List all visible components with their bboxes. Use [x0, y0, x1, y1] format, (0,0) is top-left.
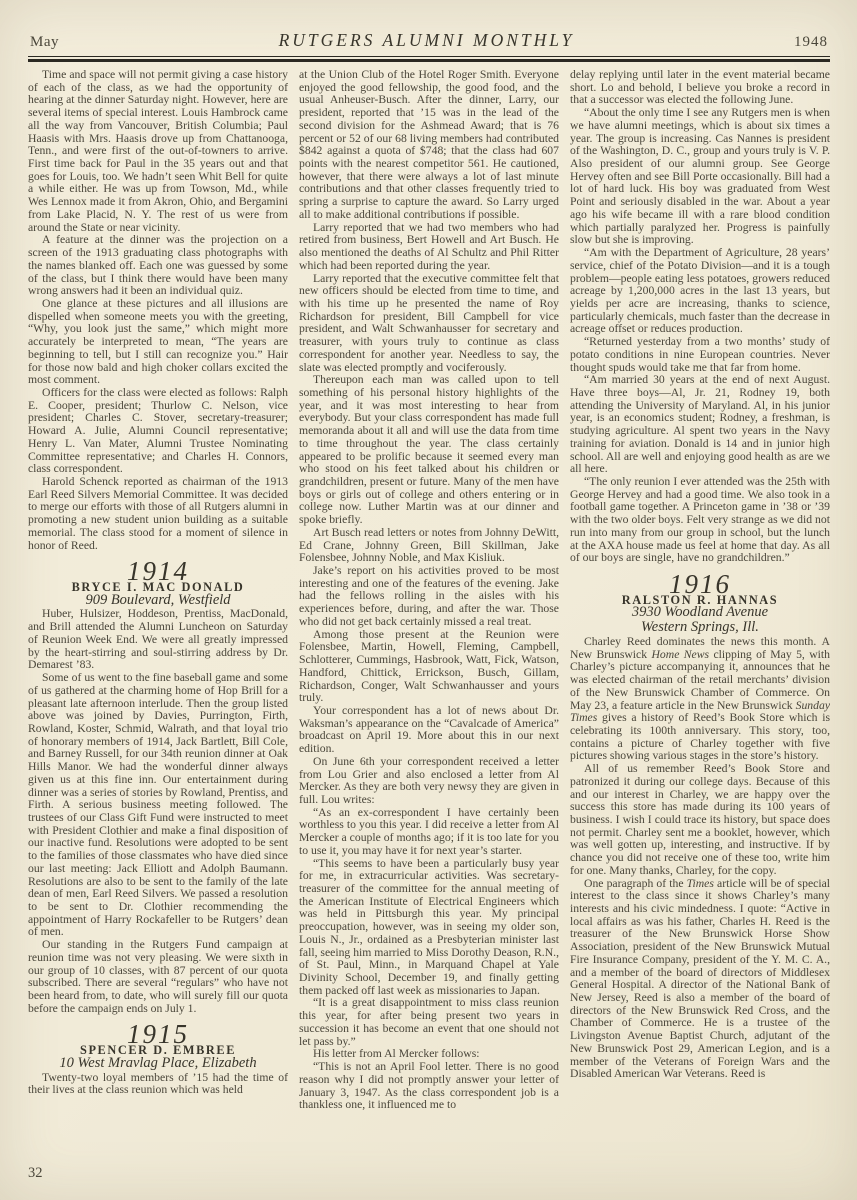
paragraph: “Returned yesterday from a two months’ s…: [570, 336, 830, 374]
page-number: 32: [28, 1165, 43, 1181]
paragraph: One paragraph of the Times article will …: [570, 878, 830, 1082]
page-header: May RUTGERS ALUMNI MONTHLY 1948: [28, 30, 830, 51]
page-title: RUTGERS ALUMNI MONTHLY: [279, 30, 575, 51]
paragraph: Harold Schenck reported as chairman of t…: [28, 476, 288, 552]
paragraph: Some of us went to the fine baseball gam…: [28, 672, 288, 939]
header-year: 1948: [794, 34, 828, 51]
column-left: Time and space will not permit giving a …: [28, 69, 288, 1161]
paragraph: Larry reported that the executive commit…: [299, 273, 559, 375]
paragraph: Charley Reed dominates the news this mon…: [570, 636, 830, 763]
paragraph: at the Union Club of the Hotel Roger Smi…: [299, 69, 559, 222]
paragraph: “Am married 30 years at the end of next …: [570, 374, 830, 476]
paragraph: On June 6th your correspondent received …: [299, 756, 559, 807]
year-heading: 1914: [28, 565, 288, 578]
header-rule: [28, 56, 830, 62]
year-heading: 1915: [28, 1028, 288, 1041]
paragraph: Officers for the class were elected as f…: [28, 387, 288, 476]
paragraph: Art Busch read letters or notes from Joh…: [299, 527, 559, 565]
paragraph: “Am with the Department of Agriculture, …: [570, 247, 830, 336]
paragraph: Larry reported that we had two members w…: [299, 222, 559, 273]
paragraph: “About the only time I see any Rutgers m…: [570, 107, 830, 247]
header-month: May: [30, 34, 59, 51]
paragraph: Thereupon each man was called upon to te…: [299, 374, 559, 527]
magazine-page: May RUTGERS ALUMNI MONTHLY 1948 Time and…: [0, 0, 857, 1200]
paragraph: A feature at the dinner was the projecti…: [28, 234, 288, 298]
paragraph: Among those present at the Reunion were …: [299, 629, 559, 705]
correspondent-address: 10 West Mravlag Place, Elizabeth: [28, 1057, 288, 1070]
correspondent-address: Western Springs, Ill.: [570, 621, 830, 634]
text-columns: Time and space will not permit giving a …: [28, 69, 830, 1161]
paragraph: Jake’s report on his activities proved t…: [299, 565, 559, 629]
paragraph: “This is not an April Fool letter. There…: [299, 1061, 559, 1112]
column-right: delay replying until later in the event …: [570, 69, 830, 1161]
correspondent-address: 3930 Woodland Avenue: [570, 606, 830, 619]
paragraph: One glance at these pictures and all ill…: [28, 298, 288, 387]
paragraph: All of us remember Reed’s Book Store and…: [570, 763, 830, 877]
paragraph: “The only reunion I ever attended was th…: [570, 476, 830, 565]
year-heading: 1916: [570, 578, 830, 591]
paragraph: delay replying until later in the event …: [570, 69, 830, 107]
paragraph: “As an ex-correspondent I have certainly…: [299, 807, 559, 858]
paragraph: Time and space will not permit giving a …: [28, 69, 288, 234]
paragraph: Twenty-two loyal members of ’15 had the …: [28, 1072, 288, 1097]
paragraph: Your correspondent has a lot of news abo…: [299, 705, 559, 756]
paragraph: “It is a great disappointment to miss cl…: [299, 997, 559, 1048]
correspondent-address: 909 Boulevard, Westfield: [28, 594, 288, 607]
page-footer: 32: [28, 1165, 43, 1182]
paragraph: Huber, Hulsizer, Hoddeson, Prentiss, Mac…: [28, 608, 288, 672]
paragraph: Our standing in the Rutgers Fund campaig…: [28, 939, 288, 1015]
column-middle: at the Union Club of the Hotel Roger Smi…: [299, 69, 559, 1161]
paragraph: “This seems to have been a particularly …: [299, 858, 559, 998]
